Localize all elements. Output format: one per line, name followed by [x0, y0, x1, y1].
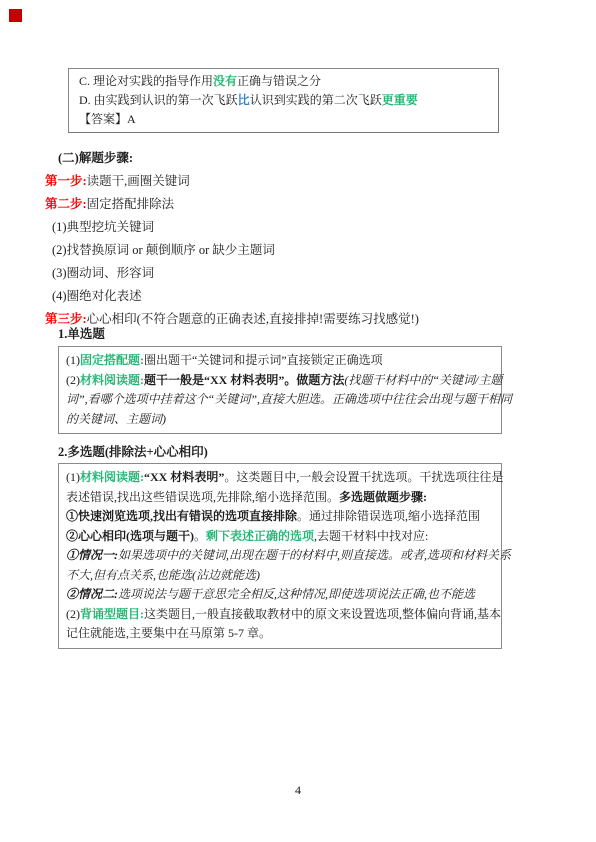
document-page: C. 理论对实践的指导作用没有正确与错误之分D. 由实践到认识的第一次飞跃比认识… [0, 0, 596, 842]
text-run: (3)圈动词、形容词 [52, 266, 154, 280]
text-line: C. 理论对实践的指导作用没有正确与错误之分 [79, 72, 488, 91]
text-line: 2.多选题(排除法+心心相印) [58, 441, 208, 464]
text-run: (4)圈绝对化表述 [52, 289, 142, 303]
text-line: (1)典型挖坑关键词 [52, 216, 555, 239]
text-run: D. 由实践到认识的第一次飞跃 [79, 93, 238, 107]
text-line: 的关键词、主题词) [66, 410, 494, 430]
text-run: ,去题干材料中找对应: [314, 529, 428, 543]
text-run: C. 理论对实践的指导作用 [79, 74, 213, 88]
text-line: (2)材料阅读题:题干一般是“XX 材料表明”。做题方法(找题干材料中的“关键词… [66, 371, 494, 391]
text-run: 词”,看哪个选项中挂着这个“关键词”,直接大胆选。正确选项中往往会出现与题干相同 [66, 392, 512, 406]
solving-steps-section: (二)解题步骤:第一步:读题干,画圈关键词第二步:固定搭配排除法(1)典型挖坑关… [45, 147, 555, 331]
text-run: 多选题做题步骤: [339, 490, 427, 504]
text-line: 表述错误,找出这些错误选项,先排除,缩小选择范围。多选题做题步骤: [66, 488, 494, 508]
text-run: 心心相印(不符合题意的正确表述,直接排掉!需要练习找感觉!) [87, 312, 419, 326]
text-run: 。这类题目中,一般会设置干扰选项。干扰选项往往是 [224, 470, 503, 484]
text-run: 更重要 [382, 93, 418, 107]
text-run: 。通过排除错误选项,缩小选择范围 [297, 509, 480, 523]
text-run: 材料阅读题: [80, 470, 144, 484]
single-choice-box: (1)固定搭配题:圈出题干“关键词和提示词”直接锁定正确选项(2)材料阅读题:题… [58, 346, 502, 434]
text-line: ②情况二:选项说法与题干意思完全相反,这种情况,即使选项说法正确,也不能选 [66, 585, 494, 605]
text-line: 不大,但有点关系,也能选(沾边就能选) [66, 566, 494, 586]
text-run: 正确与错误之分 [237, 74, 321, 88]
text-run: (1) [66, 470, 80, 484]
text-line: 第三步:心心相印(不符合题意的正确表述,直接排掉!需要练习找感觉!) [45, 308, 555, 331]
text-line: (1)固定搭配题:圈出题干“关键词和提示词”直接锁定正确选项 [66, 351, 494, 371]
text-run: 表述错误,找出这些错误选项,先排除,缩小选择范围。 [66, 490, 339, 504]
text-run: 【答案】A [79, 112, 136, 126]
text-line: 1.单选题 [58, 323, 105, 346]
text-run: 固定搭配排除法 [87, 197, 175, 211]
text-line: ②心心相印(选项与题干)。剩下表述正确的选项,去题干材料中找对应: [66, 527, 494, 547]
text-run: ②心心相印(选项与题干) [66, 529, 194, 543]
text-line: ①快速浏览选项,找出有错误的选项直接排除。通过排除错误选项,缩小选择范围 [66, 507, 494, 527]
text-run: (1) [66, 353, 80, 367]
text-run: ①情况一: [66, 548, 118, 562]
text-line: D. 由实践到认识的第一次飞跃比认识到实践的第二次飞跃更重要 [79, 91, 488, 110]
text-line: (4)圈绝对化表述 [52, 285, 555, 308]
text-run: 如果选项中的关键词,出现在题干的材料中,则直接选。或者,选项和材料关系 [118, 548, 511, 562]
page-number-value: 4 [295, 783, 301, 797]
text-line: (二)解题步骤: [58, 147, 555, 170]
text-run: (2) [66, 373, 80, 387]
text-run: “XX 材料表明” [144, 470, 224, 484]
text-run: 记住就能选,主要集中在马原第 5-7 章。 [66, 626, 271, 640]
text-run: 第二步: [45, 197, 87, 211]
text-run: 读题干,画圈关键词 [87, 174, 190, 188]
text-line: ①情况一:如果选项中的关键词,出现在题干的材料中,则直接选。或者,选项和材料关系 [66, 546, 494, 566]
text-run: 材料阅读题: [80, 373, 144, 387]
text-run: 选项说法与题干意思完全相反,这种情况,即使选项说法正确,也不能选 [118, 587, 475, 601]
text-run: 。 [194, 529, 206, 543]
text-run: 比 [238, 93, 250, 107]
text-run: 1.单选题 [58, 327, 105, 341]
text-run: ②情况二: [66, 587, 118, 601]
text-run: 背诵型题目: [80, 607, 144, 621]
text-run: 的关键词、主题词) [66, 412, 166, 426]
text-line: 第二步:固定搭配排除法 [45, 193, 555, 216]
text-run: (找题干材料中的“关键词/主题 [344, 373, 502, 387]
text-line: (2)找替换原词 or 颠倒顺序 or 缺少主题词 [52, 239, 555, 262]
text-run: ①快速浏览选项,找出有错误的选项直接排除 [66, 509, 297, 523]
text-run: 这类题目,一般直接截取教材中的原文来设置选项,整体偏向背诵,基本 [144, 607, 501, 621]
page-number: 4 [0, 783, 596, 798]
multi-choice-heading: 2.多选题(排除法+心心相印) [58, 441, 208, 464]
text-run: (1)典型挖坑关键词 [52, 220, 154, 234]
text-run: 第一步: [45, 174, 87, 188]
text-line: (3)圈动词、形容词 [52, 262, 555, 285]
multi-choice-box: (1)材料阅读题:“XX 材料表明”。这类题目中,一般会设置干扰选项。干扰选项往… [58, 463, 502, 649]
text-run: 没有 [213, 74, 237, 88]
text-line: (1)材料阅读题:“XX 材料表明”。这类题目中,一般会设置干扰选项。干扰选项往… [66, 468, 494, 488]
red-square-marker [9, 9, 22, 22]
text-run: 固定搭配题: [80, 353, 144, 367]
text-line: 【答案】A [79, 110, 488, 129]
text-run: 不大,但有点关系,也能选(沾边就能选) [66, 568, 260, 582]
text-run: (2) [66, 607, 80, 621]
single-choice-heading: 1.单选题 [58, 323, 105, 346]
text-run: 2.多选题(排除法+心心相印) [58, 445, 208, 459]
text-line: 第一步:读题干,画圈关键词 [45, 170, 555, 193]
text-line: 记住就能选,主要集中在马原第 5-7 章。 [66, 624, 494, 644]
text-line: 词”,看哪个选项中挂着这个“关键词”,直接大胆选。正确选项中往往会出现与题干相同 [66, 390, 494, 410]
text-run: (二)解题步骤: [58, 151, 133, 165]
text-line: (2)背诵型题目:这类题目,一般直接截取教材中的原文来设置选项,整体偏向背诵,基… [66, 605, 494, 625]
text-run: (2)找替换原词 or 颠倒顺序 or 缺少主题词 [52, 243, 275, 257]
text-run: 题干一般是“XX 材料表明”。做题方法 [144, 373, 344, 387]
text-run: 圈出题干“关键词和提示词”直接锁定正确选项 [144, 353, 383, 367]
text-run: 认识到实践的第二次飞跃 [250, 93, 382, 107]
text-run: 剩下表述正确的选项 [206, 529, 314, 543]
answer-options-box: C. 理论对实践的指导作用没有正确与错误之分D. 由实践到认识的第一次飞跃比认识… [68, 68, 499, 133]
